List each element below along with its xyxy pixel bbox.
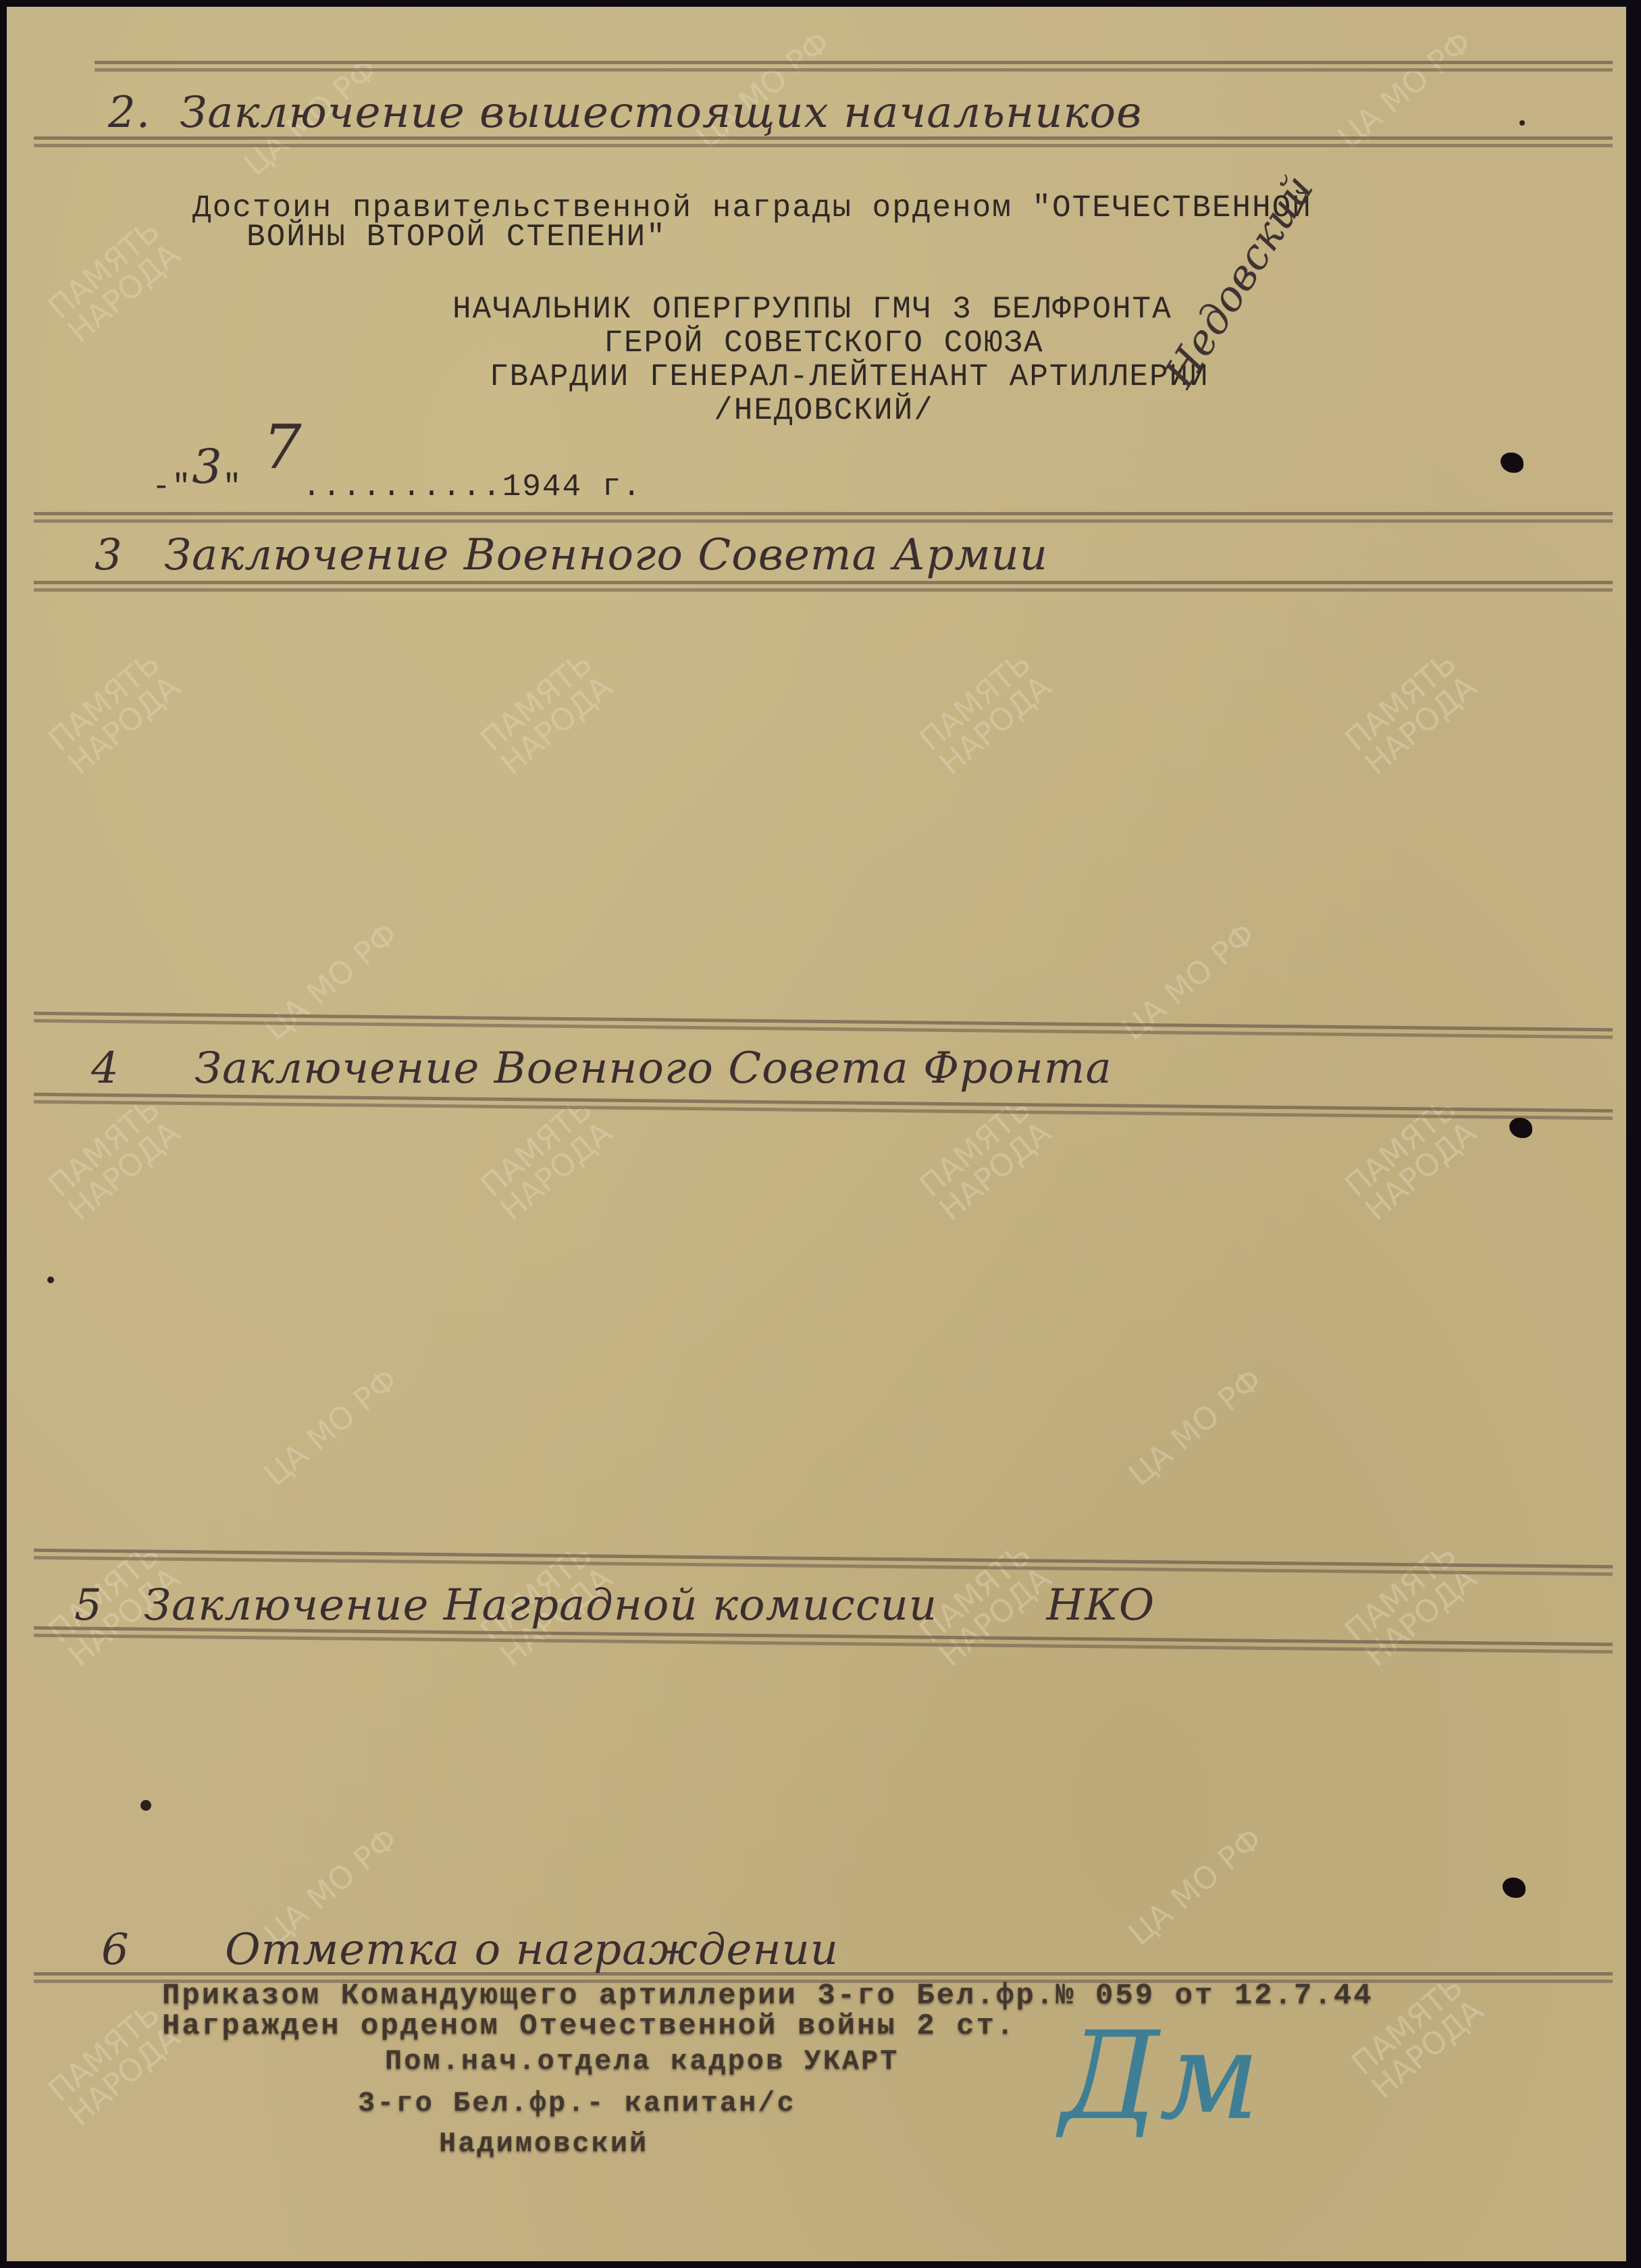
section-text: Заключение Наградной комиссии <box>144 1580 937 1630</box>
signatory-honor: ГЕРОЙ СОВЕТСКОГО СОЮЗА <box>412 326 1236 361</box>
watermark: ПАМЯТЬНАРОДА <box>475 646 617 779</box>
stamp-officer-title: Пом.нач.отдела кадров УКАРТ <box>385 2045 900 2078</box>
ink-speck <box>47 1277 54 1283</box>
section-text: Отметка о награждении <box>225 1925 839 1975</box>
recommendation-line-2: ВОЙНЫ ВТОРОЙ СТЕПЕНИ" <box>246 220 667 255</box>
ruled-line <box>34 1549 1613 1576</box>
watermark: ПАМЯТЬНАРОДА <box>43 214 185 347</box>
section-number: 3 <box>95 530 123 580</box>
section-number: 6 <box>101 1925 130 1975</box>
section-2-heading: 2. Заключение вышестоящих начальников <box>108 88 1142 138</box>
watermark: ЦА МО РФ <box>1123 1363 1267 1491</box>
punch-hole <box>1501 453 1523 473</box>
section-6-heading: 6 Отметка о награждении <box>101 1925 839 1975</box>
section-number: 5 <box>74 1580 103 1630</box>
stamp-officer-rank: 3-го Бел.фр.- капитан/с <box>358 2087 796 2119</box>
date-year: 1944 г. <box>502 469 642 505</box>
section-text: Заключение вышестоящих начальников <box>180 88 1142 138</box>
ink-speck <box>1519 120 1525 126</box>
ruled-line <box>34 581 1613 592</box>
watermark: ПАМЯТЬНАРОДА <box>1340 646 1482 779</box>
ruled-line <box>34 1093 1613 1120</box>
watermark: ПАМЯТЬНАРОДА <box>914 646 1056 779</box>
section-4-heading: 4 Заключение Военного Совета Фронта <box>91 1043 1112 1093</box>
ruled-line <box>34 136 1613 147</box>
watermark: ПАМЯТЬНАРОДА <box>43 646 185 779</box>
stamp-officer-name: Надимовский <box>439 2128 648 2160</box>
watermark: ПАМЯТЬНАРОДА <box>475 1092 617 1225</box>
punch-hole <box>1509 1118 1532 1138</box>
punch-hole <box>1503 1878 1526 1898</box>
section-3-heading: 3 Заключение Военного Совета Армии <box>95 530 1048 580</box>
ruled-line <box>95 61 1613 72</box>
watermark: ЦА МО РФ <box>1123 1822 1267 1950</box>
date-month: 7 <box>263 412 302 483</box>
signatory-name: /НЕДОВСКИЙ/ <box>412 393 1236 428</box>
ink-speck <box>140 1800 151 1811</box>
signature-date: -"3"7..........1944 г. <box>152 439 642 510</box>
section-text: Заключение Военного Совета Фронта <box>194 1043 1112 1093</box>
blue-pencil-signature: Дм <box>1060 2006 1260 2147</box>
signatory-rank: ГВАРДИИ ГЕНЕРАЛ-ЛЕЙТЕНАНТ АРТИЛЛЕРИИ <box>490 359 1209 394</box>
watermark: ЦА МО РФ <box>1332 26 1476 153</box>
section-number: 2. <box>108 88 151 138</box>
watermark: ЦА МО РФ <box>259 1363 402 1491</box>
award-result-line: Награжден орденом Отечественной войны 2 … <box>162 2009 1016 2043</box>
date-day: 3 <box>192 439 223 494</box>
section-5-heading: 5 Заключение Наградной комиссии НКО <box>74 1580 1155 1630</box>
award-sheet-page: ПАМЯТЬНАРОДА ЦА МО РФ ЦА МО РФ ЦА МО РФ … <box>7 7 1626 2261</box>
watermark: ЦА МО РФ <box>259 917 402 1045</box>
section-number: 4 <box>91 1043 120 1093</box>
section-text: Заключение Военного Совета Армии <box>164 530 1048 580</box>
ruled-line <box>34 512 1613 523</box>
watermark: ПАМЯТЬНАРОДА <box>43 1092 185 1225</box>
section-suffix: НКО <box>1046 1580 1155 1630</box>
